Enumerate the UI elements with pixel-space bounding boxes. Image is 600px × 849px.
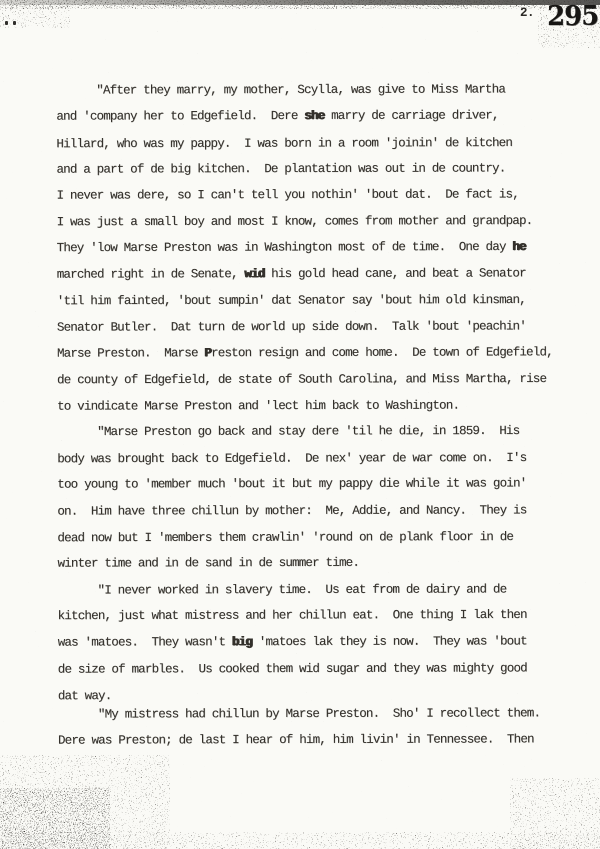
text-segment: and 'company her to Edgefield. Dere bbox=[56, 109, 304, 124]
text-segment: body was brought back to Edgefield. De n… bbox=[57, 451, 526, 466]
text-line: Senator Butler. Dat turn de world up sid… bbox=[57, 318, 600, 346]
scan-noise-bottom-left bbox=[0, 755, 170, 849]
text-segment: Dere was Preston; de last I hear of him,… bbox=[58, 733, 534, 748]
text-segment: to vindicate Marse Preston and 'lect him… bbox=[57, 398, 459, 413]
text-segment: I never was dere, so I can't tell you no… bbox=[57, 188, 519, 203]
text-segment: on. Him have three chillun by mother: Me… bbox=[57, 503, 526, 518]
scan-noise-bottom-right bbox=[510, 778, 600, 849]
text-segment: marched right in de Senate, bbox=[57, 267, 245, 281]
text-line: Dere was Preston; de last I hear of him,… bbox=[58, 732, 600, 760]
text-line: de county of Edgefield, de state of Sout… bbox=[57, 371, 600, 399]
text-segment: Hillard, who was my pappy. I was born in… bbox=[56, 136, 512, 151]
text-segment: de size of marbles. Us cooked them wid s… bbox=[58, 661, 527, 676]
text-line: kitchen, just what mistress and her chil… bbox=[58, 607, 600, 635]
text-line: dat way. bbox=[58, 687, 600, 715]
text-segment: Marse Preston. Marse bbox=[57, 346, 204, 360]
text-line: "I never worked in slavery time. Us eat … bbox=[58, 581, 600, 609]
text-line: was 'matoes. They wasn't big 'matoes lak… bbox=[58, 633, 600, 661]
text-segment: kitchen, just what mistress and her chil… bbox=[58, 608, 527, 623]
text-line: too young to 'member much 'bout it but m… bbox=[57, 476, 600, 504]
text-line: on. Him have three chillun by mother: Me… bbox=[57, 502, 600, 530]
text-line: and 'company her to Edgefield. Dere she … bbox=[56, 108, 599, 136]
text-segment: "I never worked in slavery time. Us eat … bbox=[98, 582, 507, 597]
text-segment: I was just a small boy and most I know, … bbox=[57, 214, 533, 229]
text-segment: Senator Butler. Dat turn de world up sid… bbox=[57, 319, 526, 334]
scanned-document-page: 2. 295 "After they marry, my mother, Scy… bbox=[0, 0, 600, 849]
scan-noise-bottom-left-dense bbox=[0, 788, 110, 849]
text-segment: "After they marry, my mother, Scylla, wa… bbox=[96, 82, 505, 97]
overstruck-word: wid bbox=[244, 267, 264, 281]
text-segment: de county of Edgefield, de state of Sout… bbox=[57, 372, 546, 387]
text-segment: "Marse Preston go back and stay dere 'ti… bbox=[97, 424, 519, 439]
text-line: Hillard, who was my pappy. I was born in… bbox=[56, 134, 599, 162]
text-segment: 'til him fainted, 'bout sumpin' dat Sena… bbox=[57, 293, 526, 308]
text-segment: too young to 'member much 'bout it but m… bbox=[57, 477, 526, 492]
text-segment: was 'matoes. They wasn't bbox=[58, 635, 232, 649]
overstruck-word: he bbox=[512, 240, 525, 254]
text-line: They 'low Marse Preston was in Washingto… bbox=[57, 238, 600, 266]
text-segment: dat way. bbox=[58, 689, 112, 703]
text-line: de size of marbles. Us cooked them wid s… bbox=[58, 660, 600, 688]
text-line: and a part of de big kitchen. De plantat… bbox=[56, 160, 599, 188]
overstruck-word: big bbox=[232, 635, 252, 649]
overstruck-word: she bbox=[304, 109, 324, 123]
text-line: marched right in de Senate, wid his gold… bbox=[57, 265, 600, 293]
text-line: body was brought back to Edgefield. De n… bbox=[57, 450, 600, 478]
document-body: "After they marry, my mother, Scylla, wa… bbox=[0, 0, 600, 760]
text-line: "Marse Preston go back and stay dere 'ti… bbox=[57, 423, 600, 451]
text-line: to vindicate Marse Preston and 'lect him… bbox=[57, 397, 600, 425]
text-segment: and a part of de big kitchen. De plantat… bbox=[56, 161, 505, 176]
text-segment: marry de carriage driver, bbox=[324, 109, 498, 123]
text-segment: 'matoes lak they is now. They was 'bout bbox=[252, 635, 527, 650]
text-segment: reston resign and come home. De town of … bbox=[211, 345, 553, 360]
text-line: Marse Preston. Marse Preston resign and … bbox=[57, 344, 600, 372]
text-segment: his gold head cane, and beat a Senator bbox=[264, 266, 525, 281]
text-line: I never was dere, so I can't tell you no… bbox=[56, 186, 599, 214]
text-line: 'til him fainted, 'bout sumpin' dat Sena… bbox=[57, 292, 600, 320]
text-line: winter time and in de sand in de summer … bbox=[57, 555, 600, 583]
text-segment: They 'low Marse Preston was in Washingto… bbox=[57, 240, 513, 255]
text-line: dead now but I 'members them crawlin' 'r… bbox=[57, 529, 600, 557]
text-line: "After they marry, my mother, Scylla, wa… bbox=[56, 81, 599, 109]
text-segment: winter time and in de sand in de summer … bbox=[57, 556, 359, 571]
text-line: I was just a small boy and most I know, … bbox=[57, 213, 600, 241]
scan-noise-bottom-band bbox=[0, 832, 600, 849]
text-segment: dead now but I 'members them crawlin' 'r… bbox=[57, 530, 513, 545]
